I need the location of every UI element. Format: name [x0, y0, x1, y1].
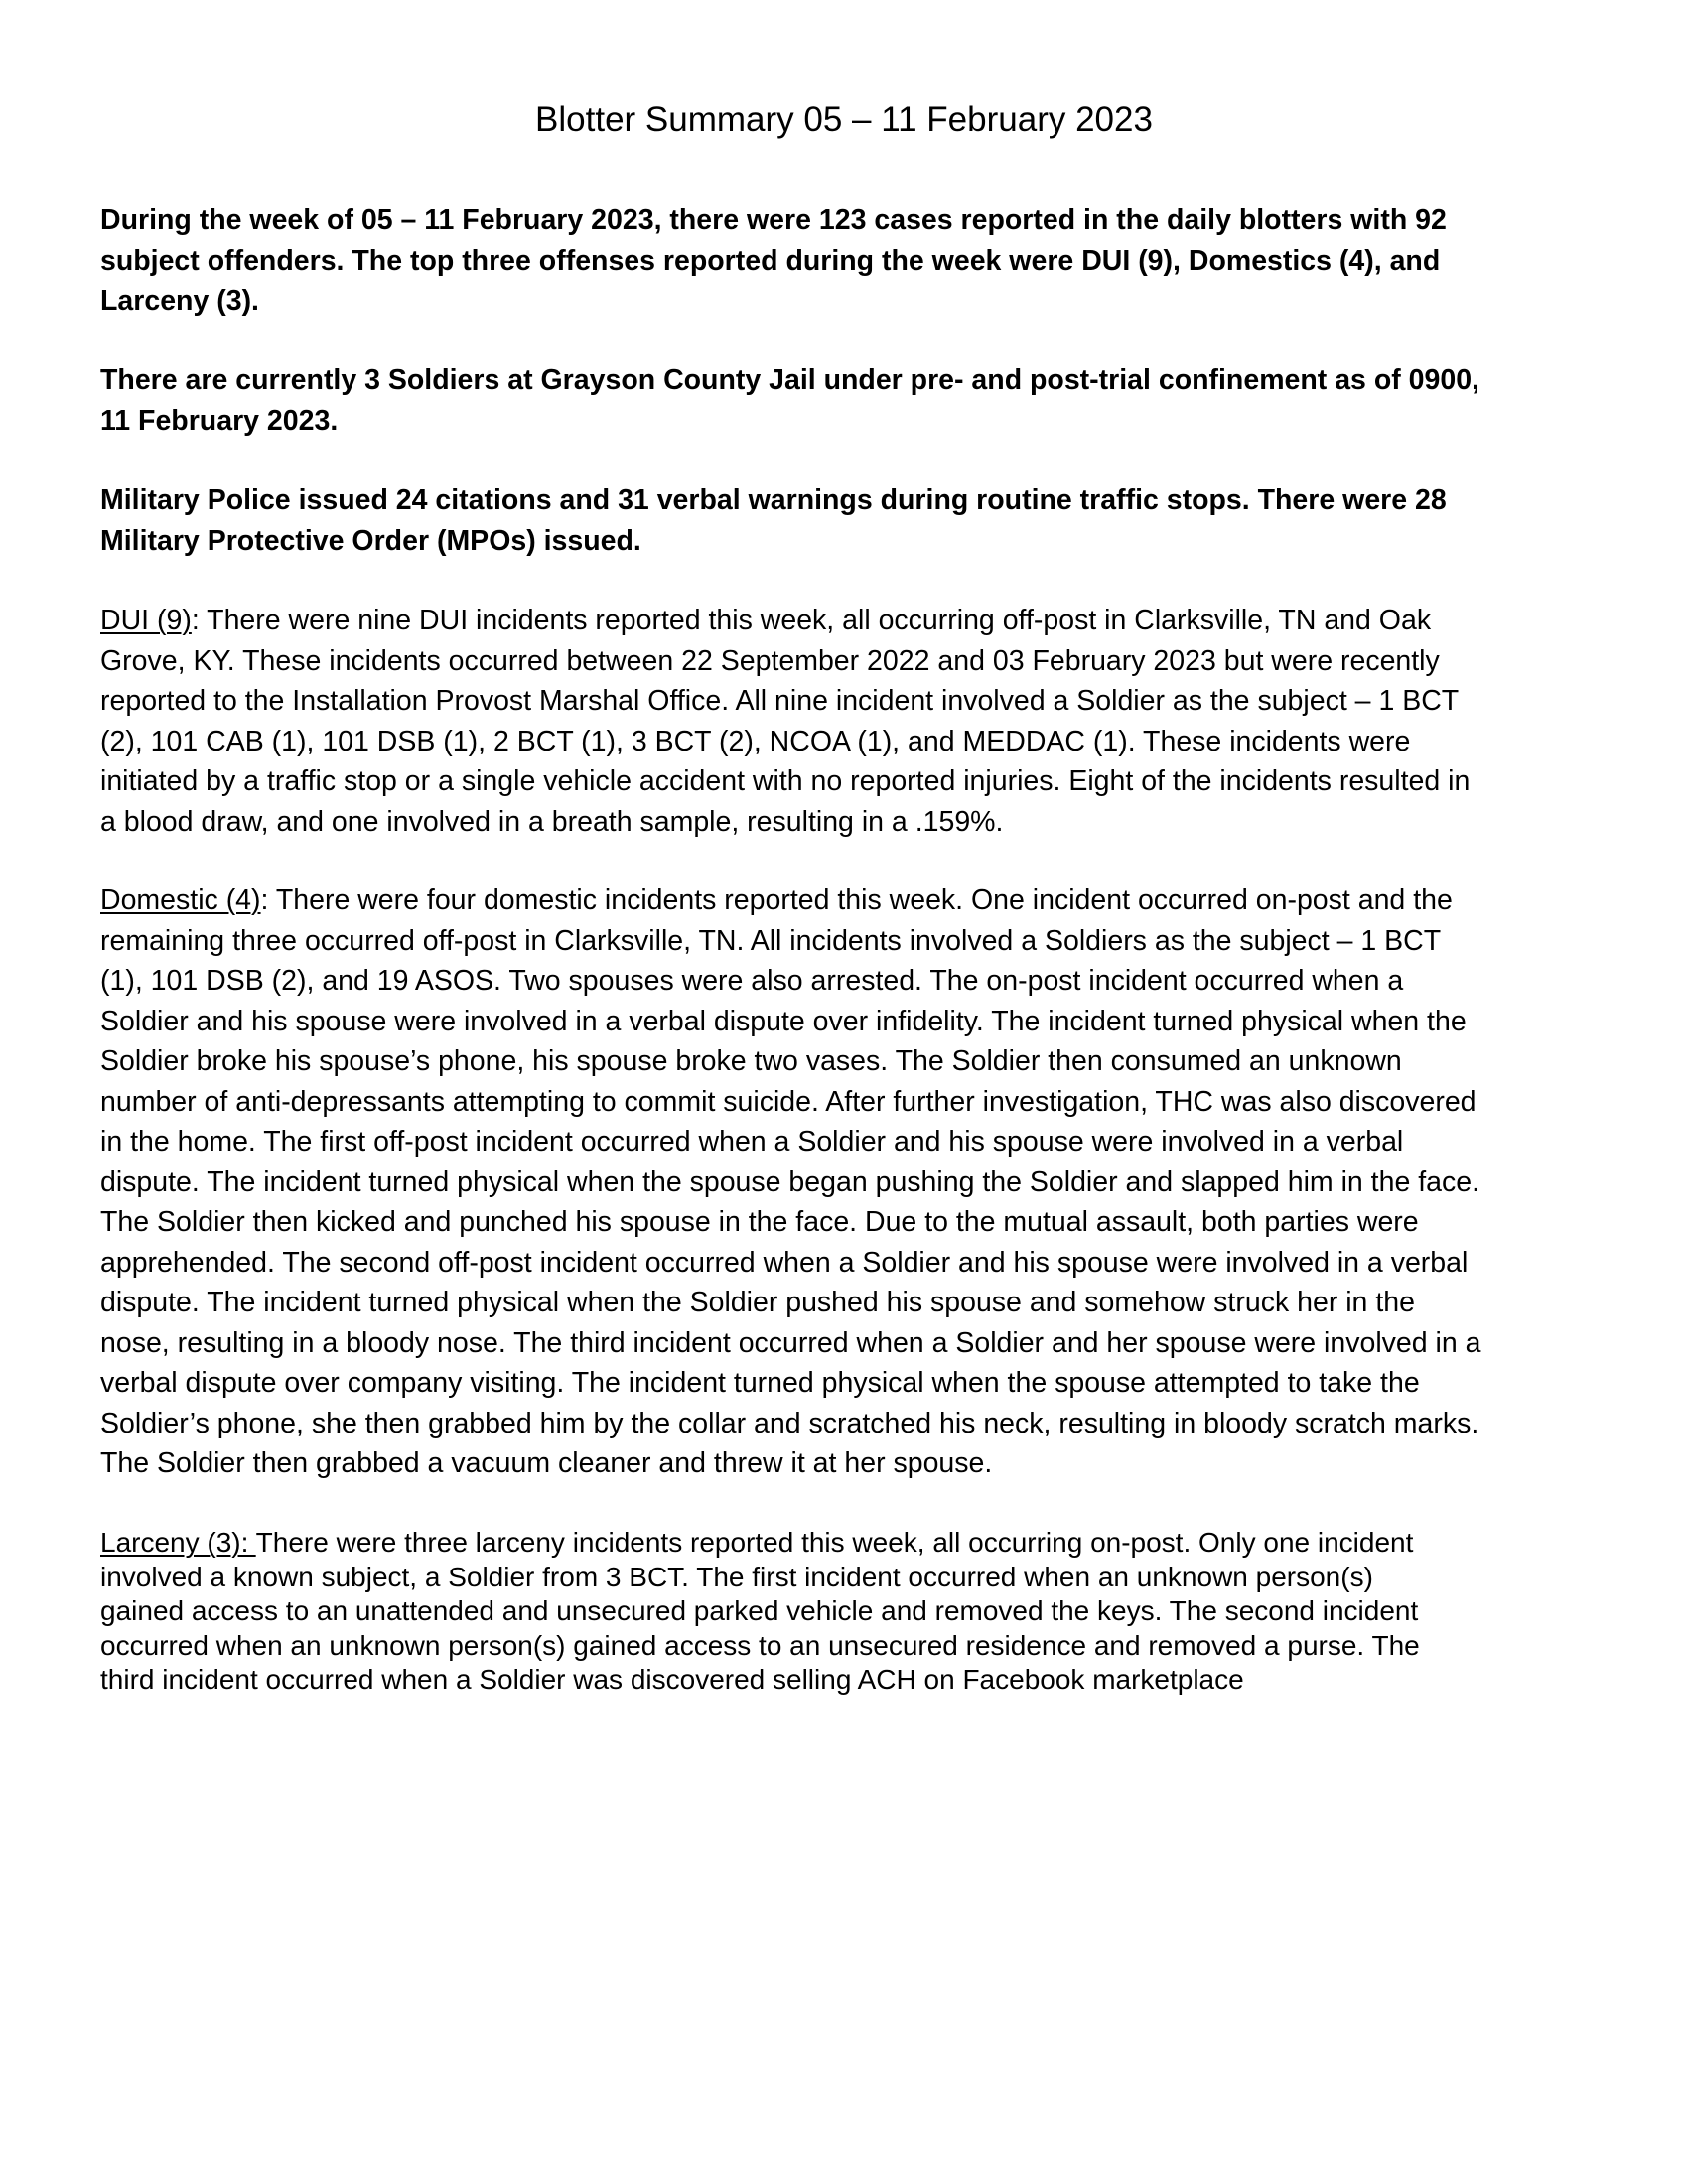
domestic-line: Soldier and his spouse were involved in …: [100, 1002, 1610, 1042]
dui-line: (2), 101 CAB (1), 101 DSB (1), 2 BCT (1)…: [100, 722, 1610, 762]
domestic-line: dispute. The incident turned physical wh…: [100, 1162, 1610, 1203]
larceny-section: Larceny (3): There were three larceny in…: [100, 1526, 1610, 1698]
summary-line: Larceny (3).: [100, 281, 1610, 322]
traffic-paragraph: Military Police issued 24 citations and …: [100, 480, 1610, 561]
larceny-line: occurred when an unknown person(s) gaine…: [100, 1629, 1610, 1664]
larceny-line: involved a known subject, a Soldier from…: [100, 1561, 1610, 1595]
domestic-line: The Soldier then kicked and punched his …: [100, 1202, 1610, 1243]
larceny-heading: Larceny (3):: [100, 1527, 256, 1558]
domestic-line: dispute. The incident turned physical wh…: [100, 1283, 1610, 1323]
larceny-line: gained access to an unattended and unsec…: [100, 1594, 1610, 1629]
domestic-line: verbal dispute over company visiting. Th…: [100, 1363, 1610, 1404]
domestic-line: nose, resulting in a bloody nose. The th…: [100, 1323, 1610, 1364]
domestic-line: in the home. The first off-post incident…: [100, 1122, 1610, 1162]
domestic-first-line: : There were four domestic incidents rep…: [261, 885, 1453, 916]
summary-line: During the week of 05 – 11 February 2023…: [100, 201, 1610, 241]
dui-line: a blood draw, and one involved in a brea…: [100, 802, 1610, 843]
dui-first-line: : There were nine DUI incidents reported…: [192, 605, 1431, 636]
domestic-line: Soldier broke his spouse’s phone, his sp…: [100, 1041, 1610, 1082]
traffic-line: Military Police issued 24 citations and …: [100, 480, 1610, 521]
summary-paragraph: During the week of 05 – 11 February 2023…: [100, 201, 1610, 322]
document-page: Blotter Summary 05 – 11 February 2023 Du…: [0, 0, 1688, 2184]
larceny-first-line: There were three larceny incidents repor…: [256, 1527, 1414, 1558]
confinement-paragraph: There are currently 3 Soldiers at Grayso…: [100, 360, 1610, 441]
domestic-heading: Domestic (4): [100, 885, 261, 916]
dui-section: DUI (9): There were nine DUI incidents r…: [100, 601, 1610, 842]
domestic-line: Soldier’s phone, she then grabbed him by…: [100, 1404, 1610, 1444]
domestic-line: remaining three occurred off-post in Cla…: [100, 921, 1610, 962]
domestic-line: apprehended. The second off-post inciden…: [100, 1243, 1610, 1284]
domestic-line: (1), 101 DSB (2), and 19 ASOS. Two spous…: [100, 961, 1610, 1002]
confinement-line: There are currently 3 Soldiers at Grayso…: [100, 360, 1610, 401]
domestic-section: Domestic (4): There were four domestic i…: [100, 881, 1610, 1484]
traffic-line: Military Protective Order (MPOs) issued.: [100, 521, 1610, 562]
page-title: Blotter Summary 05 – 11 February 2023: [0, 99, 1688, 141]
dui-line: reported to the Installation Provost Mar…: [100, 681, 1610, 722]
dui-line: Grove, KY. These incidents occurred betw…: [100, 641, 1610, 682]
summary-line: subject offenders. The top three offense…: [100, 241, 1610, 282]
dui-line: initiated by a traffic stop or a single …: [100, 761, 1610, 802]
confinement-line: 11 February 2023.: [100, 401, 1610, 442]
larceny-line: third incident occurred when a Soldier w…: [100, 1663, 1610, 1698]
dui-heading: DUI (9): [100, 605, 192, 636]
domestic-line: number of anti-depressants attempting to…: [100, 1082, 1610, 1123]
domestic-line: The Soldier then grabbed a vacuum cleane…: [100, 1443, 1610, 1484]
